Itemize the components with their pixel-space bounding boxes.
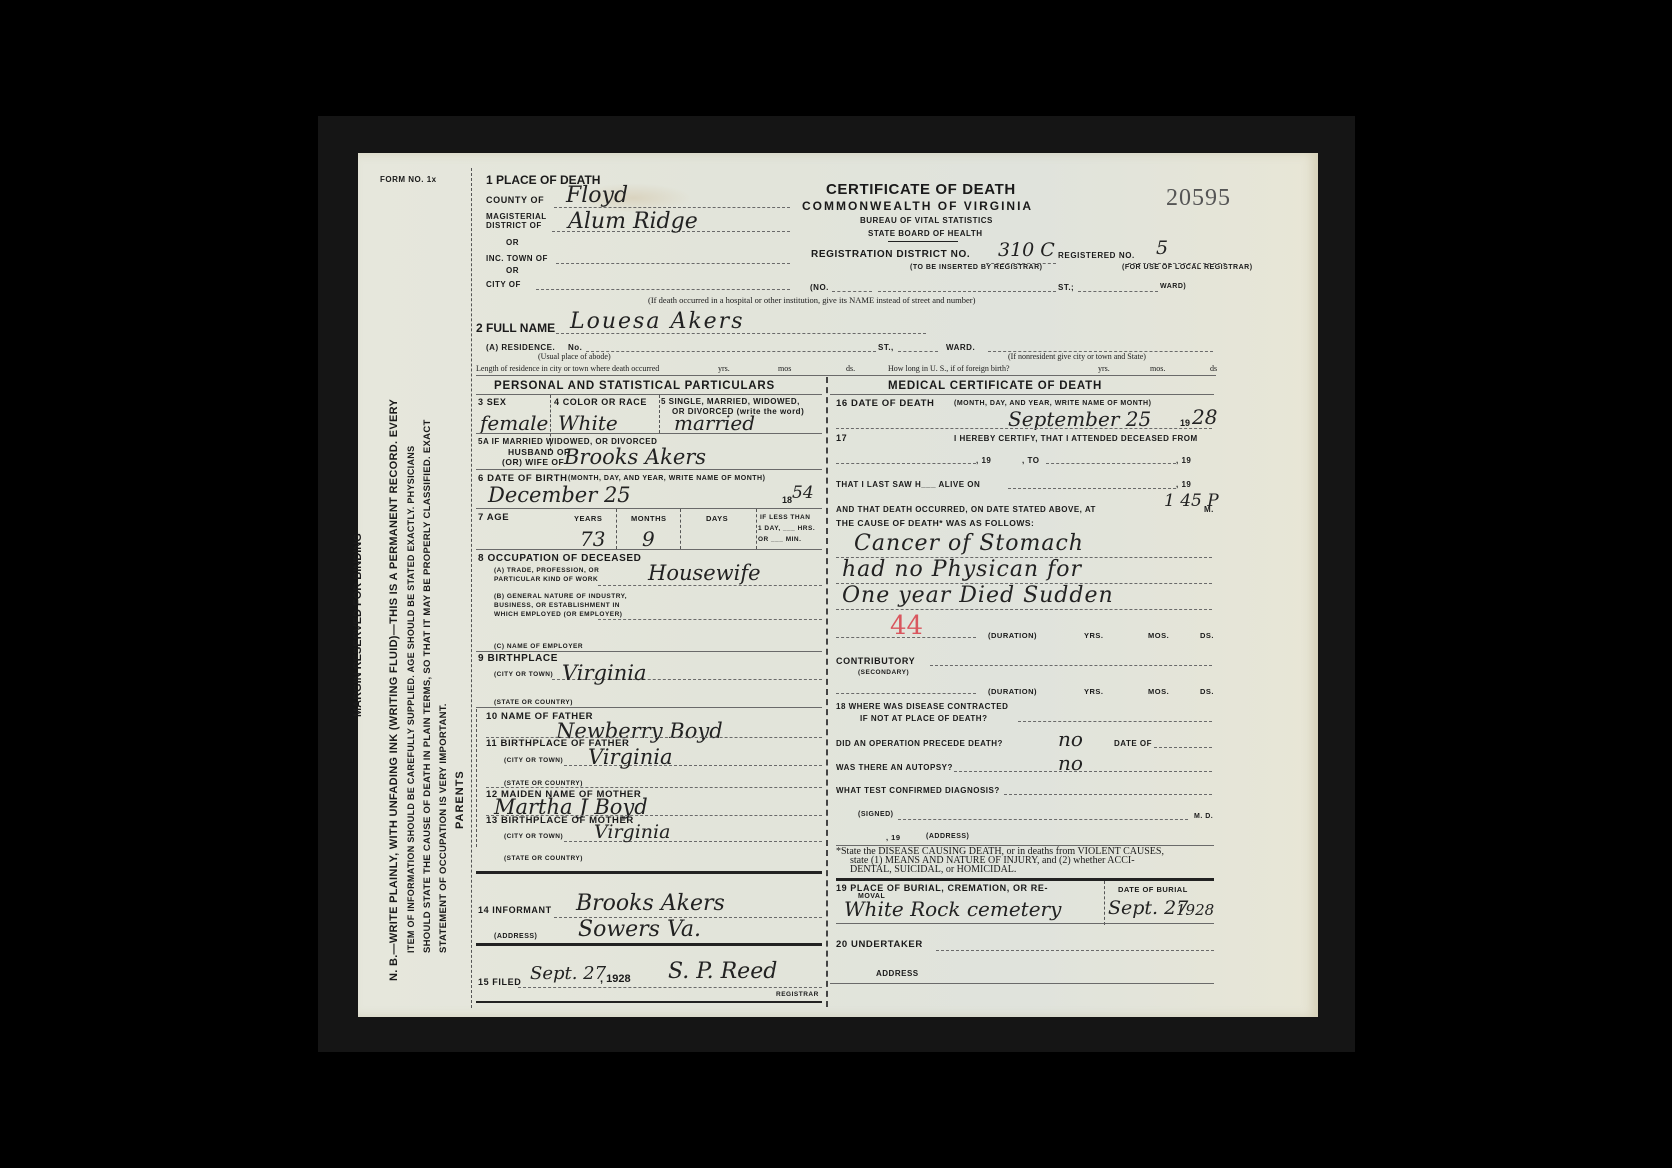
marital-label-1: 5 SINGLE, MARRIED, WIDOWED, bbox=[661, 397, 800, 406]
birthplace-state-label: (STATE OR COUNTRY) bbox=[494, 699, 573, 706]
burial-place-value: White Rock cemetery bbox=[844, 897, 1061, 921]
duration-yrs-1: YRS. bbox=[1084, 631, 1104, 640]
autopsy-line bbox=[954, 771, 1212, 772]
occupation-a-line bbox=[598, 585, 822, 586]
mother-birthplace-value: Virginia bbox=[594, 821, 670, 843]
years-label: YEARS bbox=[574, 514, 602, 523]
filed-line bbox=[518, 987, 822, 988]
contributory-label: CONTRIBUTORY bbox=[836, 656, 915, 666]
secondary-label: (SECONDARY) bbox=[858, 669, 909, 676]
length-yrs: yrs. bbox=[718, 364, 730, 373]
race-label: 4 COLOR OR RACE bbox=[554, 397, 647, 407]
nonresident-note: (If nonresident give city or town and St… bbox=[1008, 352, 1146, 361]
burial-label-1: 19 PLACE OF BURIAL, CREMATION, OR RE- bbox=[836, 883, 1048, 893]
or-2: OR bbox=[506, 266, 519, 275]
months-label: MONTHS bbox=[631, 514, 667, 523]
margin-instruction-1: N. B.—WRITE PLAINLY, WITH UNFADING INK (… bbox=[388, 399, 400, 981]
age-divider-1 bbox=[616, 509, 617, 549]
occupation-a-value: Housewife bbox=[648, 561, 761, 585]
occupation-a-2: PARTICULAR KIND OF WORK bbox=[494, 576, 598, 583]
length-ds: ds. bbox=[846, 364, 855, 373]
duration-mos-1: MOS. bbox=[1148, 631, 1169, 640]
registrar-label: REGISTRAR bbox=[776, 991, 819, 998]
duration-line-2 bbox=[836, 693, 976, 694]
death-occurred-label: AND THAT DEATH OCCURRED, ON DATE STATED … bbox=[836, 505, 1096, 514]
district-value: Alum Ridge bbox=[568, 209, 698, 234]
registered-no-note: (FOR USE OF LOCAL REGISTRAR) bbox=[1122, 264, 1253, 271]
city-line bbox=[536, 289, 790, 290]
undertaker-line bbox=[936, 950, 1214, 951]
dod-note: (MONTH, DAY, AND YEAR, WRITE NAME OF MON… bbox=[954, 400, 1151, 407]
city-label: CITY OF bbox=[486, 280, 521, 289]
reg-district-note: (TO BE INSERTED BY REGISTRAR) bbox=[910, 264, 1042, 271]
signed-19: , 19 bbox=[886, 833, 901, 842]
duration-label-1: (DURATION) bbox=[988, 631, 1037, 640]
parents-label: PARENTS bbox=[454, 770, 466, 829]
marital-value: married bbox=[674, 411, 755, 435]
row-5a-rule bbox=[476, 469, 822, 470]
filed-bottom-rule bbox=[476, 1001, 822, 1003]
hospital-note: (If death occurred in a hospital or othe… bbox=[648, 295, 975, 305]
father-birthplace-value: Virginia bbox=[588, 745, 672, 769]
certify-number: 17 bbox=[836, 433, 847, 443]
father-bp-state-label: (STATE OR COUNTRY) bbox=[504, 780, 583, 787]
ward-line bbox=[1078, 291, 1158, 292]
personal-heading: PERSONAL AND STATISTICAL PARTICULARS bbox=[494, 380, 775, 392]
personal-heading-rule bbox=[476, 394, 822, 395]
burial-year: 1928 bbox=[1176, 901, 1214, 919]
dob-year: 54 bbox=[792, 483, 814, 503]
death-certificate: FORM NO. 1x 20595 MARGIN RESERVED FOR BI… bbox=[358, 153, 1318, 1017]
spouse-label-2: HUSBAND OF bbox=[508, 447, 570, 457]
foreign-ds: ds bbox=[1210, 364, 1217, 373]
burial-divider bbox=[1104, 881, 1105, 925]
column-divider bbox=[826, 377, 828, 1007]
father-bp-city-label: (CITY OR TOWN) bbox=[504, 757, 563, 764]
cause-rule-3 bbox=[836, 609, 1212, 610]
certificate-title: CERTIFICATE OF DEATH bbox=[826, 181, 1016, 198]
margin-instruction-4: STATEMENT OF OCCUPATION IS VERY IMPORTAN… bbox=[438, 703, 449, 953]
contracted-label-2: IF NOT AT PLACE OF DEATH? bbox=[860, 714, 987, 723]
sex-label: 3 SEX bbox=[478, 397, 507, 407]
attended-from-line bbox=[836, 463, 976, 464]
age-label: 7 AGE bbox=[478, 512, 509, 523]
operation-date-label: DATE OF bbox=[1114, 739, 1152, 748]
autopsy-label: WAS THERE AN AUTOPSY? bbox=[836, 763, 953, 772]
autopsy-value: no bbox=[1058, 751, 1083, 775]
age-divider-3 bbox=[756, 509, 757, 549]
footnote-bottom-rule bbox=[836, 878, 1214, 881]
ward-label: WARD) bbox=[1160, 283, 1186, 290]
occupation-b-line bbox=[598, 619, 822, 620]
or-1: OR bbox=[506, 238, 519, 247]
row-8-rule bbox=[476, 651, 822, 652]
certify-label: I HEREBY CERTIFY, THAT I ATTENDED DECEAS… bbox=[954, 434, 1198, 443]
race-divider bbox=[659, 395, 660, 433]
less-than-2: 1 DAY, ___ HRS. bbox=[758, 525, 815, 532]
medical-heading-rule bbox=[830, 394, 1214, 395]
street-line bbox=[878, 291, 1056, 292]
usual-abode-note: (Usual place of abode) bbox=[538, 352, 611, 361]
informant-label: 14 INFORMANT bbox=[478, 905, 552, 915]
mother-bp-city-label: (CITY OR TOWN) bbox=[504, 833, 563, 840]
father-rule bbox=[486, 787, 822, 788]
less-than-3: OR ___ MIN. bbox=[758, 536, 801, 543]
undertaker-bottom-rule bbox=[830, 983, 1214, 984]
signed-label: (SIGNED) bbox=[858, 811, 894, 818]
md-label: M. D. bbox=[1194, 813, 1213, 820]
birthplace-value: Virginia bbox=[562, 661, 646, 685]
last-saw-line bbox=[1008, 488, 1176, 489]
filed-year: , 1928 bbox=[600, 973, 631, 985]
no-label: (NO. bbox=[810, 283, 829, 292]
residence-ward: WARD. bbox=[946, 343, 975, 352]
parents-bottom-rule bbox=[476, 871, 822, 874]
residence-bottom-rule bbox=[476, 375, 1216, 376]
sex-value: female bbox=[480, 411, 548, 435]
birthplace-city-label: (CITY OR TOWN) bbox=[494, 671, 553, 678]
margin-instruction-2: ITEM OF INFORMATION SHOULD BE CAREFULLY … bbox=[406, 446, 416, 953]
operation-value: no bbox=[1058, 727, 1083, 751]
birthplace-label: 9 BIRTHPLACE bbox=[478, 653, 558, 664]
contracted-line bbox=[1018, 721, 1212, 722]
occupation-a-1: (A) TRADE, PROFESSION, OR bbox=[494, 567, 599, 574]
county-value: Floyd bbox=[566, 183, 628, 208]
contracted-label: 18 WHERE WAS DISEASE CONTRACTED bbox=[836, 702, 1008, 711]
attended-to: , TO bbox=[1022, 456, 1039, 465]
district-label-2: DISTRICT OF bbox=[486, 221, 542, 230]
residence-st: ST., bbox=[878, 343, 894, 352]
days-label: DAYS bbox=[706, 514, 728, 523]
form-number: FORM NO. 1x bbox=[380, 175, 437, 184]
registrar-signature: S. P. Reed bbox=[668, 959, 777, 984]
less-than-1: IF LESS THAN bbox=[760, 514, 810, 521]
inc-town-label: INC. TOWN OF bbox=[486, 254, 548, 263]
district-label-1: MAGISTERIAL bbox=[486, 212, 547, 221]
last-saw-label: THAT I LAST SAW H___ ALIVE ON bbox=[836, 480, 980, 489]
full-name-label: 2 FULL NAME bbox=[476, 321, 555, 335]
test-line bbox=[1004, 794, 1212, 795]
cause-line-1: Cancer of Stomach bbox=[854, 531, 1084, 556]
informant-address-label: (ADDRESS) bbox=[494, 933, 537, 940]
dod-label: 16 DATE OF DEATH bbox=[836, 398, 934, 409]
dob-year-prefix: 18 bbox=[782, 495, 792, 505]
footnote-line-3: DENTAL, SUICIDAL, or HOMICIDAL. bbox=[850, 865, 1016, 875]
physician-address-label: (ADDRESS) bbox=[926, 833, 969, 840]
contributory-line bbox=[930, 665, 1212, 666]
certificate-number: 20595 bbox=[1166, 185, 1231, 212]
row-7-rule bbox=[476, 549, 822, 550]
residence-st-line bbox=[898, 351, 938, 352]
informant-value: Brooks Akers bbox=[576, 891, 725, 916]
reg-district-value: 310 C bbox=[998, 239, 1055, 261]
residence-label: (A) RESIDENCE. bbox=[486, 343, 555, 352]
signed-line bbox=[898, 819, 1188, 820]
dob-note: (MONTH, DAY, AND YEAR, WRITE NAME OF MON… bbox=[568, 475, 765, 482]
operation-date-line bbox=[1154, 747, 1212, 748]
margin-instruction-3: SHOULD STATE THE CAUSE OF DEATH IN PLAIN… bbox=[422, 419, 433, 953]
occupation-b-3: WHICH EMPLOYED (OR EMPLOYER) bbox=[494, 611, 622, 618]
margin-divider bbox=[471, 168, 472, 1008]
row-3-rule bbox=[476, 433, 822, 434]
full-name-value: Louesa Akers bbox=[570, 309, 745, 334]
inc-town-line bbox=[556, 263, 790, 264]
foreign-yrs: yrs. bbox=[1098, 364, 1110, 373]
occupation-b-1: (B) GENERAL NATURE OF INDUSTRY, bbox=[494, 593, 627, 600]
attended-19-2: , 19 bbox=[1176, 456, 1191, 465]
occupation-label: 8 OCCUPATION OF DECEASED bbox=[478, 553, 642, 564]
header-rule bbox=[888, 241, 958, 242]
board-title: STATE BOARD OF HEALTH bbox=[868, 229, 983, 238]
duration-yrs-2: YRS. bbox=[1084, 687, 1104, 696]
occupation-b-2: BUSINESS, OR ESTABLISHMENT IN bbox=[494, 602, 620, 609]
duration-line-1 bbox=[836, 637, 976, 638]
duration-ds-2: DS. bbox=[1200, 687, 1214, 696]
last-saw-19: , 19 bbox=[1176, 480, 1191, 489]
dod-year-prefix: 19 bbox=[1180, 418, 1190, 428]
spouse-label-3: (OR) WIFE OF bbox=[502, 457, 564, 467]
spouse-value: Brooks Akers bbox=[564, 445, 706, 469]
duration-label-2: (DURATION) bbox=[988, 687, 1037, 696]
race-value: White bbox=[558, 411, 618, 435]
margin-binding-note: MARGIN RESERVED FOR BINDING bbox=[352, 533, 364, 717]
dod-line bbox=[836, 428, 1212, 429]
age-years-value: 73 bbox=[580, 527, 605, 551]
filed-date: Sept. 27 bbox=[530, 963, 606, 984]
dob-value: December 25 bbox=[488, 483, 631, 507]
filed-label: 15 FILED bbox=[478, 977, 521, 987]
cause-line-2: had no Physican for bbox=[842, 557, 1082, 582]
registered-no-value: 5 bbox=[1156, 237, 1168, 259]
occupation-c: (C) NAME OF EMPLOYER bbox=[494, 643, 583, 650]
reg-district-label: REGISTRATION DISTRICT NO. bbox=[811, 249, 970, 260]
undertaker-address-label: ADDRESS bbox=[876, 969, 919, 978]
length-of-residence-label: Length of residence in city or town wher… bbox=[476, 364, 659, 373]
parents-divider bbox=[476, 709, 477, 847]
cause-line-3: One year Died Sudden bbox=[842, 583, 1114, 608]
burial-date-label: DATE OF BURIAL bbox=[1118, 885, 1188, 894]
undertaker-label: 20 UNDERTAKER bbox=[836, 939, 923, 950]
informant-bottom-rule bbox=[476, 943, 822, 946]
medical-heading: MEDICAL CERTIFICATE OF DEATH bbox=[888, 380, 1102, 392]
age-divider-2 bbox=[680, 509, 681, 549]
attended-19-1: , 19 bbox=[976, 456, 991, 465]
mother-bp-state-label: (STATE OR COUNTRY) bbox=[504, 855, 583, 862]
commonwealth-title: COMMONWEALTH OF VIRGINIA bbox=[802, 199, 1033, 213]
no-line bbox=[832, 291, 872, 292]
foreign-birth-label: How long in U. S., if of foreign birth? bbox=[888, 364, 1010, 373]
registered-no-label: REGISTERED NO. bbox=[1058, 251, 1135, 260]
operation-label: DID AN OPERATION PRECEDE DEATH? bbox=[836, 739, 1003, 748]
row-9-rule bbox=[476, 707, 822, 708]
attended-to-line bbox=[1046, 463, 1176, 464]
bureau-title: BUREAU OF VITAL STATISTICS bbox=[860, 216, 993, 225]
duration-ds-1: DS. bbox=[1200, 631, 1214, 640]
residence-line bbox=[586, 351, 876, 352]
informant-address-value: Sowers Va. bbox=[578, 917, 701, 942]
age-months-value: 9 bbox=[642, 527, 655, 551]
length-mos: mos bbox=[778, 364, 791, 373]
cause-label: THE CAUSE OF DEATH* WAS AS FOLLOWS: bbox=[836, 518, 1034, 528]
st-label: ST.; bbox=[1058, 283, 1074, 292]
test-label: WHAT TEST CONFIRMED DIAGNOSIS? bbox=[836, 786, 1000, 795]
county-label: COUNTY OF bbox=[486, 195, 544, 205]
duration-mos-2: MOS. bbox=[1148, 687, 1169, 696]
residence-no-label: No. bbox=[568, 343, 582, 352]
row-6-rule bbox=[476, 508, 822, 509]
burial-bottom-rule bbox=[836, 923, 1214, 924]
dod-year: 28 bbox=[1192, 405, 1217, 429]
foreign-mos: mos. bbox=[1150, 364, 1165, 373]
death-time-m: M. bbox=[1204, 505, 1214, 514]
